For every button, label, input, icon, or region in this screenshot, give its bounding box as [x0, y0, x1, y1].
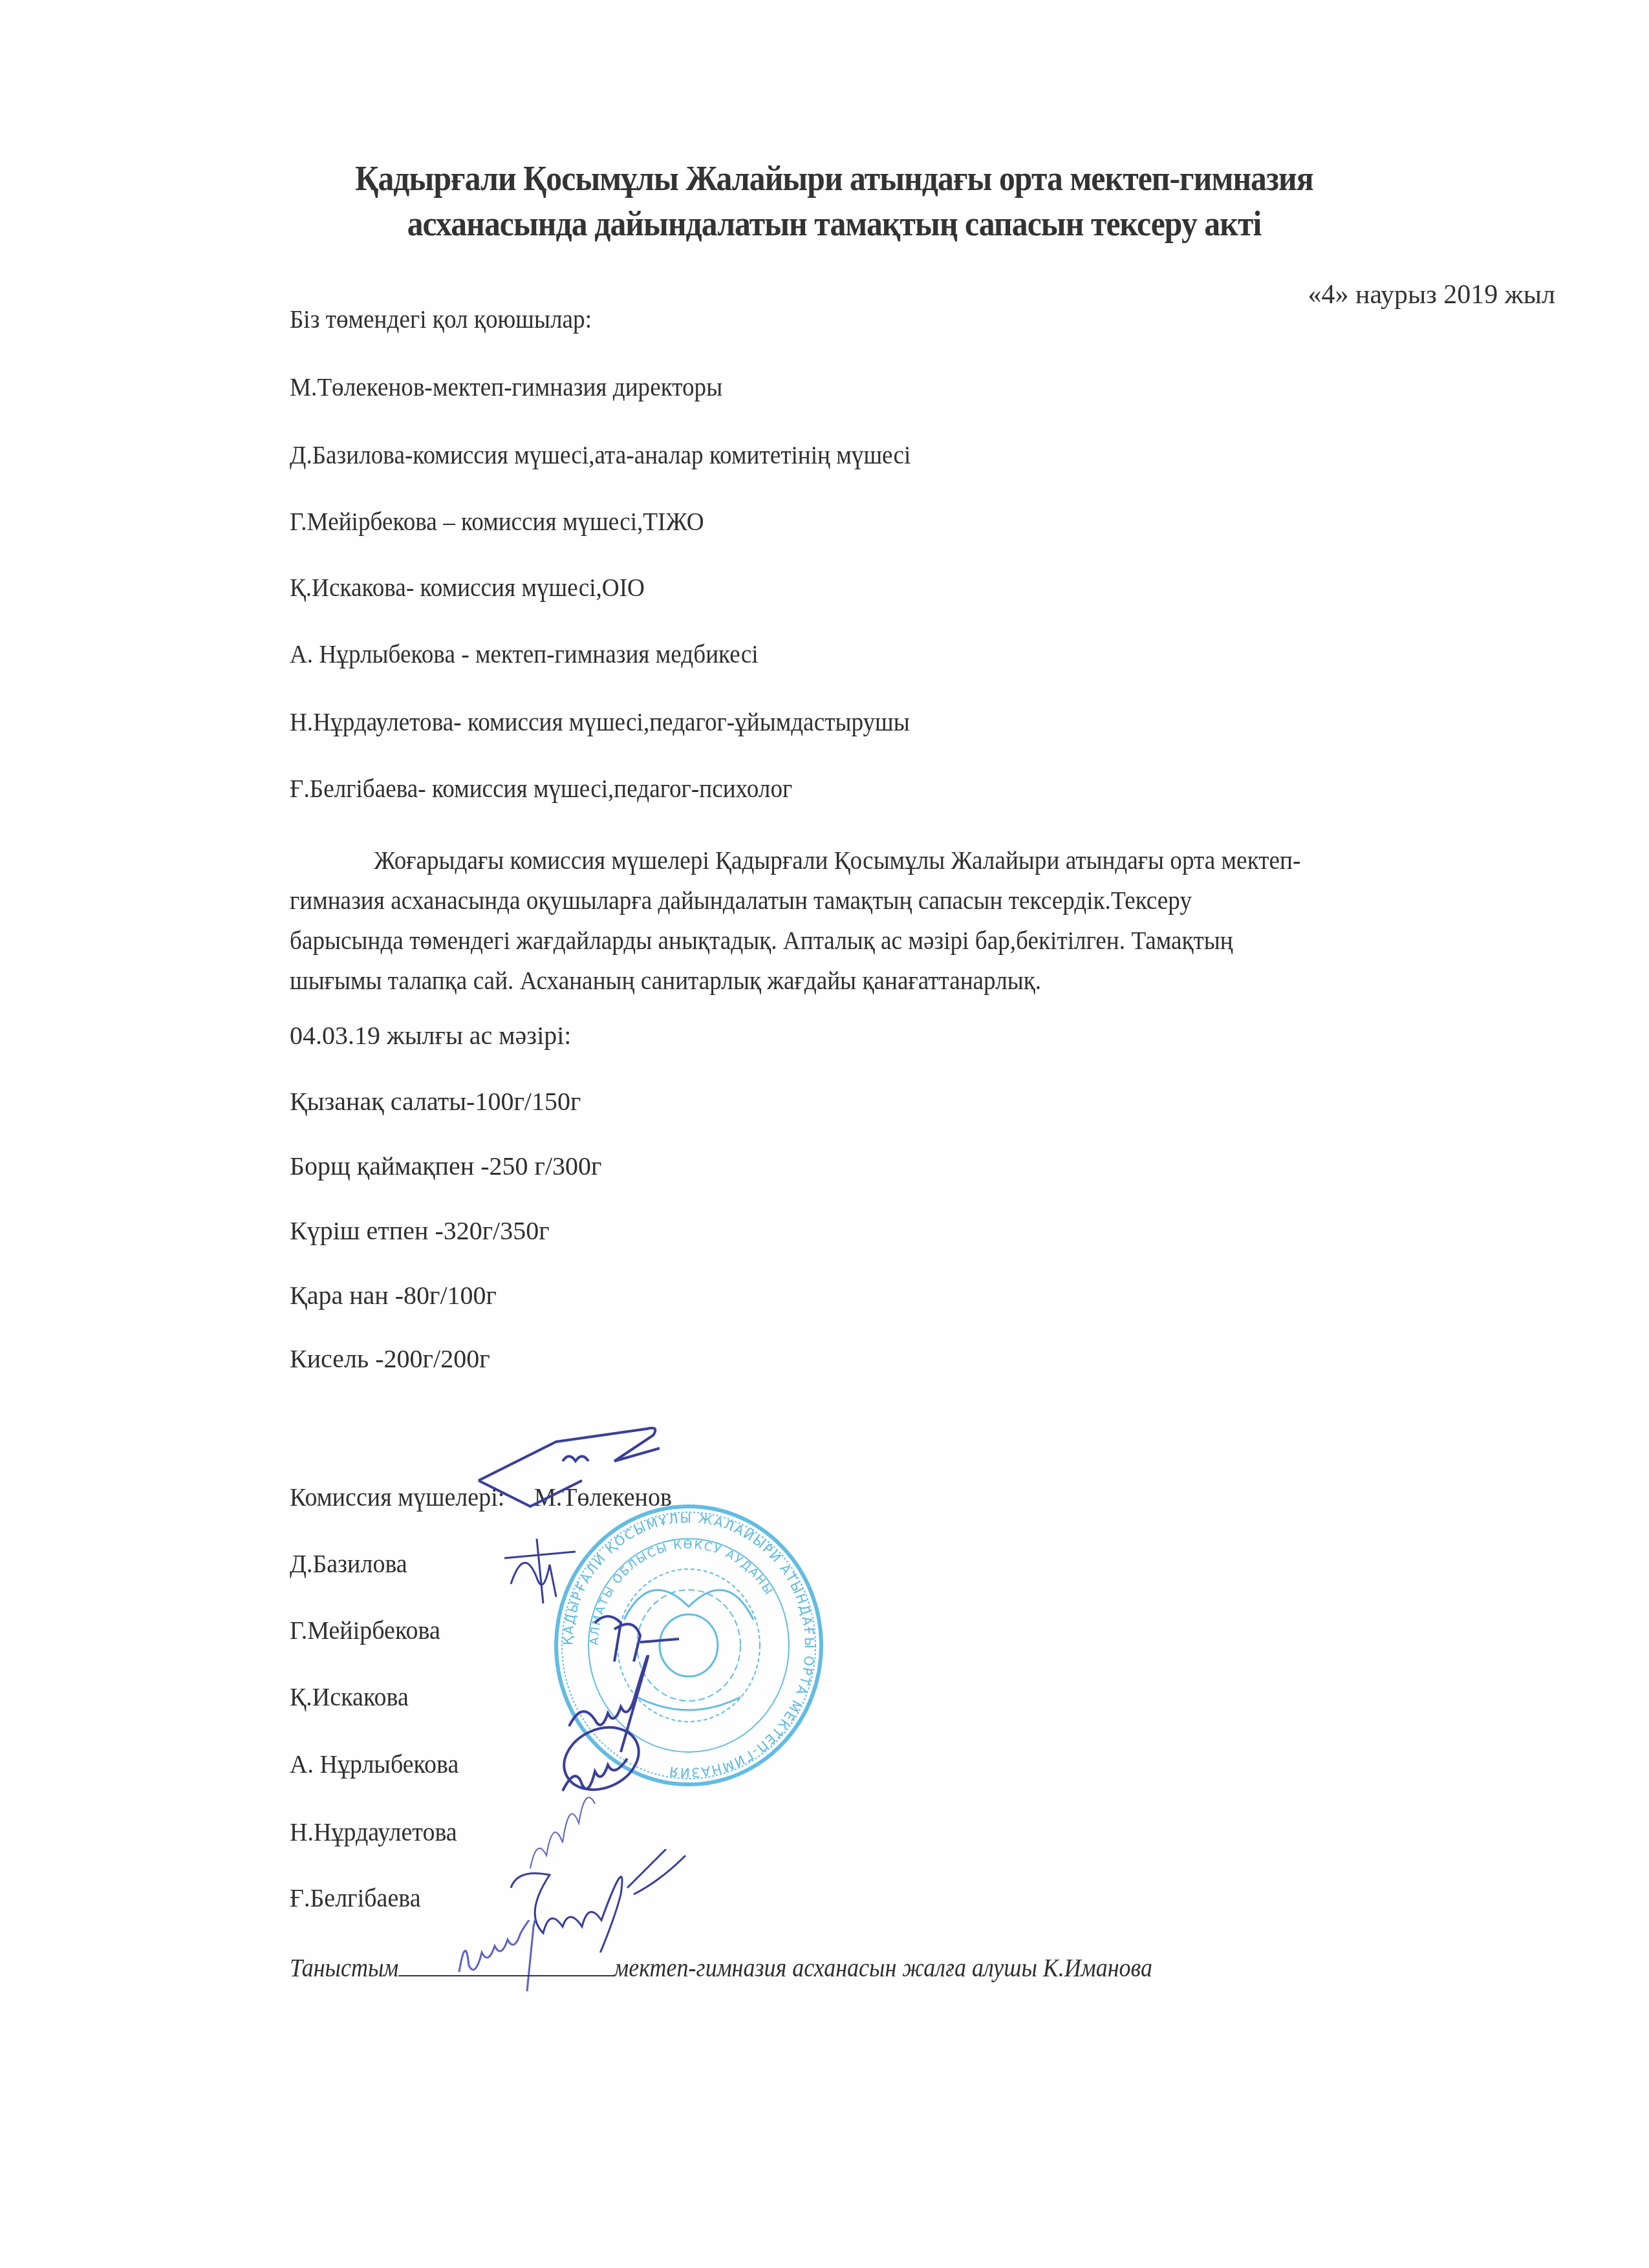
stamp-outer-text: ҚАДЫРҒАЛИ ҚОСЫМҰЛЫ ЖАЛАЙЫРИ АТЫНДАҒЫ ОРТ…	[560, 1510, 817, 1781]
member-line: Г.Мейірбекова – комиссия мүшесі,ТІЖО	[290, 506, 704, 537]
official-stamp: ҚАДЫРҒАЛИ ҚОСЫМҰЛЫ ЖАЛАЙЫРИ АТЫНДАҒЫ ОРТ…	[553, 1503, 824, 1788]
member-line: Ғ.Белгібаева- комиссия мүшесі,педагог-пс…	[290, 773, 792, 804]
member-line: Д.Базилова-комиссия мүшесі,ата-аналар ко…	[290, 440, 911, 470]
signatory-name: А. Нұрлыбекова	[290, 1749, 458, 1779]
signatory-name: М.Төлекенов	[534, 1482, 672, 1512]
menu-item: Кисель -200г/200г	[290, 1343, 490, 1374]
paragraph-line: Жоғарыдағы комиссия мүшелері Қадырғали Қ…	[290, 840, 1553, 881]
signature-nurdauletova	[517, 1784, 608, 1881]
document-date: «4» наурыз 2019 жыл	[1308, 279, 1556, 310]
intro-text: Біз төмендегі қол қоюшылар:	[290, 304, 592, 334]
member-line: М.Төлекенов-мектеп-гимназия директоры	[290, 372, 722, 402]
paragraph-line: барысында төмендегі жағдайларды анықтады…	[290, 921, 1553, 961]
menu-item: Қызанақ салаты-100г/150г	[290, 1086, 581, 1117]
document-page: Қадырғали Қосымұлы Жалайыри атындағы орт…	[0, 0, 1649, 2268]
signatures-label: Комиссия мүшелері:	[290, 1482, 504, 1512]
signatory-name: Н.Нұрдаулетова	[290, 1817, 457, 1847]
stamp-inner-text: АЛМАТЫ ОБЛЫСЫ КӨКСУ АУДАНЫ	[588, 1538, 776, 1645]
acknowledgement-suffix: мектеп-гимназия асханасын жалға алушы К.…	[614, 1953, 1152, 1982]
menu-item: Күріш етпен -320г/350г	[290, 1215, 550, 1246]
signature-iskakova	[556, 1655, 685, 1765]
signature-bazilova	[498, 1532, 588, 1610]
member-line: Н.Нұрдаулетова- комиссия мүшесі,педагог-…	[290, 707, 910, 737]
signatory-name: Г.Мейірбекова	[290, 1615, 440, 1645]
acknowledgement-line: Таныстыммектеп-гимназия асханасын жалға …	[290, 1952, 1152, 1983]
menu-item: Қара нан -80г/100г	[290, 1280, 497, 1311]
signature-nurlybekova	[530, 1720, 660, 1810]
signatory-name: Ғ.Белгібаева	[290, 1883, 421, 1913]
paragraph-line: шығымы талапқа сай. Асхананың санитарлық…	[290, 961, 1553, 1001]
svg-text:АЛМАТЫ ОБЛЫСЫ КӨКСУ АУДАНЫ: АЛМАТЫ ОБЛЫСЫ КӨКСУ АУДАНЫ	[588, 1538, 776, 1645]
signatures-row: Комиссия мүшелері: М.Төлекенов	[290, 1482, 672, 1512]
signatory-name: Д.Базилова	[290, 1548, 407, 1579]
member-line: А. Нұрлыбекова - мектеп-гимназия медбике…	[290, 639, 758, 669]
signature-belgibaeva	[498, 1849, 705, 1952]
menu-heading: 04.03.19 жылғы ас мәзірі:	[290, 1020, 571, 1051]
signature-blank	[398, 1953, 614, 1976]
svg-text:ҚАДЫРҒАЛИ ҚОСЫМҰЛЫ ЖАЛАЙЫРИ АТ: ҚАДЫРҒАЛИ ҚОСЫМҰЛЫ ЖАЛАЙЫРИ АТЫНДАҒЫ ОРТ…	[560, 1510, 817, 1781]
menu-item: Борщ қаймақпен -250 г/300г	[290, 1151, 601, 1181]
document-title-line-1: Қадырғали Қосымұлы Жалайыри атындағы орт…	[245, 158, 1423, 198]
paragraph-line: гимназия асханасында оқушыларға дайындал…	[290, 881, 1553, 921]
member-line: Қ.Искакова- комиссия мүшесі,ОІО	[290, 572, 645, 603]
acknowledgement-prefix: Таныстым	[290, 1953, 398, 1982]
findings-paragraph: Жоғарыдағы комиссия мүшелері Қадырғали Қ…	[290, 840, 1553, 1001]
signature-meirbekova	[582, 1603, 685, 1674]
signatory-name: Қ.Искакова	[290, 1682, 409, 1712]
document-title-line-2: асханасында дайындалатын тамақтың сапасы…	[245, 204, 1423, 244]
